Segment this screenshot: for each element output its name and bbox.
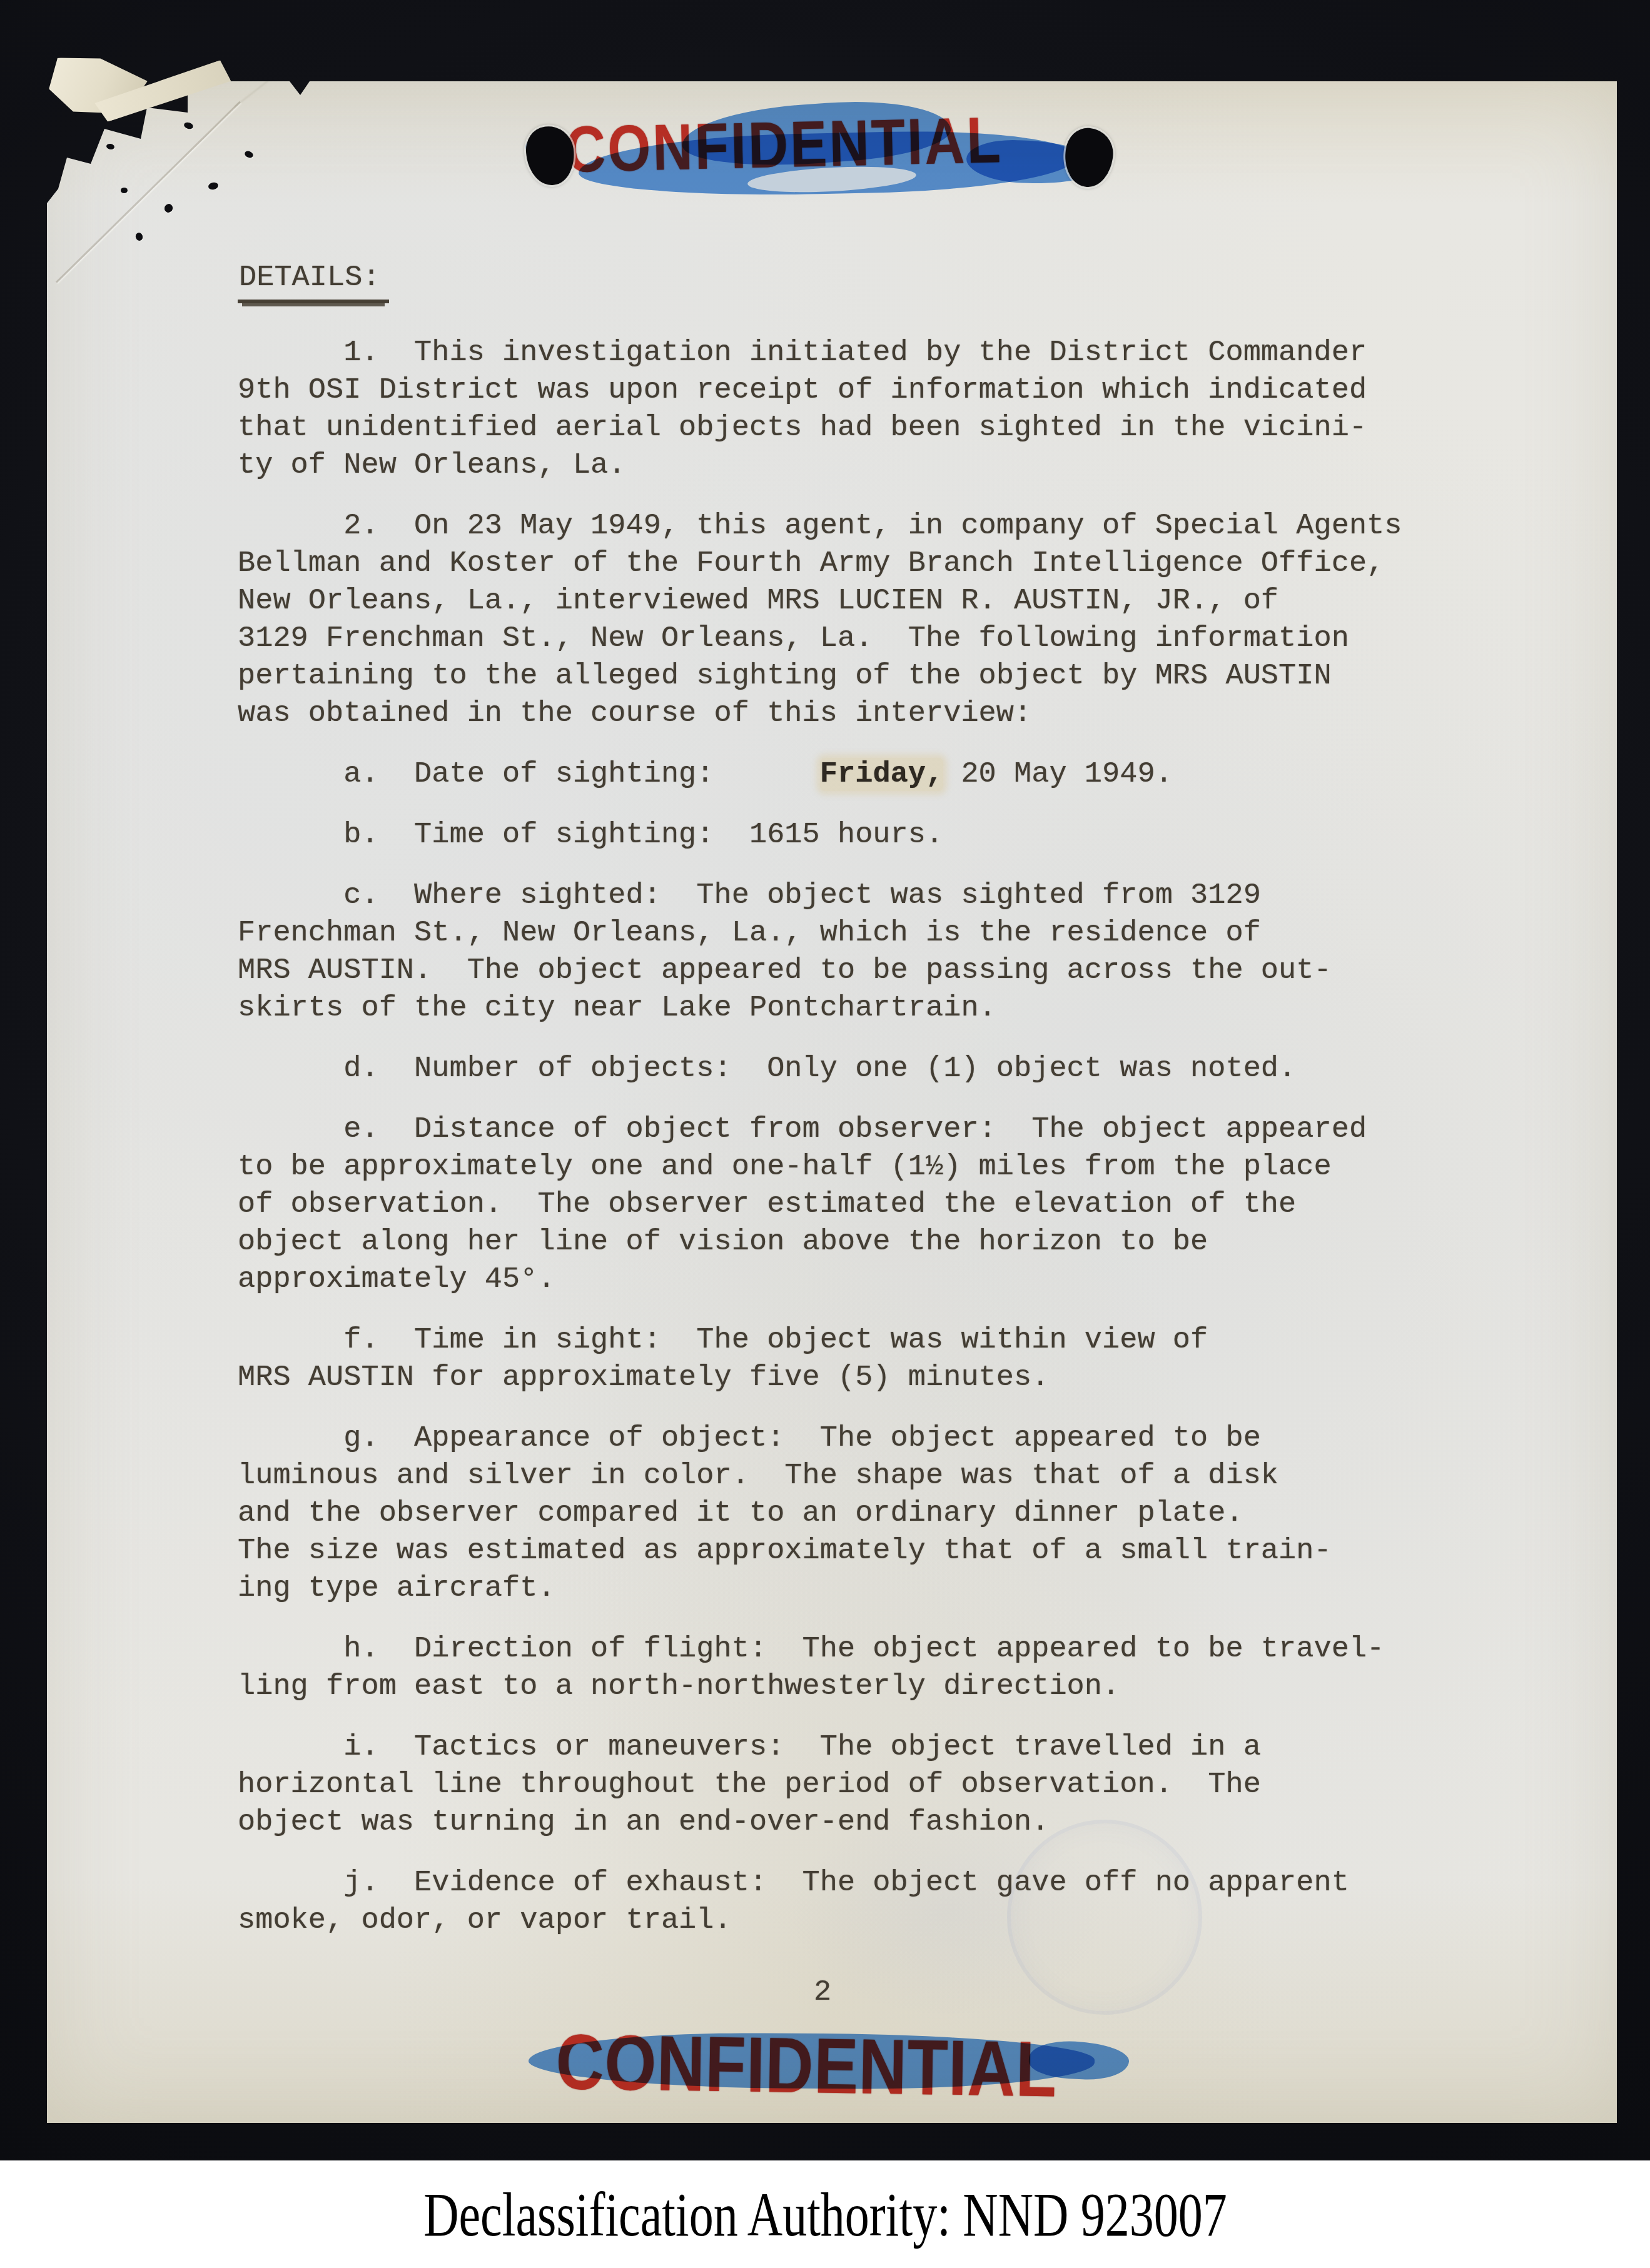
- paper-sheet: CONFIDENTIAL DETAILS: 1. This investigat…: [47, 81, 1617, 2123]
- details-heading: DETAILS:: [238, 260, 389, 303]
- confidential-stamp-top: CONFIDENTIAL: [565, 108, 1003, 183]
- item-g: g. Appearance of object: The object appe…: [238, 1420, 1482, 1608]
- item-a-emphasis: Friday,: [820, 758, 943, 791]
- pinhole: [208, 181, 219, 190]
- corner-crease-line: [56, 101, 241, 283]
- item-d: d. Number of objects: Only one (1) objec…: [238, 1051, 1482, 1088]
- item-i: i. Tactics or maneuvers: The object trav…: [238, 1729, 1482, 1842]
- item-a-suffix: 20 May 1949.: [943, 758, 1173, 791]
- item-e: e. Distance of object from observer: The…: [238, 1111, 1482, 1299]
- paragraph-2: 2. On 23 May 1949, this agent, in compan…: [238, 508, 1482, 733]
- paragraph-1: 1. This investigation initiated by the D…: [238, 335, 1482, 485]
- item-f: f. Time in sight: The object was within …: [238, 1322, 1482, 1397]
- pinhole: [134, 232, 144, 242]
- item-b: b. Time of sighting: 1615 hours.: [238, 817, 1482, 854]
- pinhole: [183, 121, 194, 130]
- pinhole: [106, 143, 114, 150]
- item-j: j. Evidence of exhaust: The object gave …: [238, 1865, 1482, 1940]
- confidential-stamp-bottom: CONFIDENTIAL: [555, 2023, 1058, 2109]
- declassification-text: Declassification Authority: NND 923007: [423, 2179, 1227, 2250]
- item-c: c. Where sighted: The object was sighted…: [238, 877, 1482, 1027]
- corner-crease-line-2: [234, 0, 397, 108]
- declassification-strip: Declassification Authority: NND 923007: [0, 2160, 1650, 2268]
- item-h: h. Direction of flight: The object appea…: [238, 1631, 1482, 1706]
- pinhole: [121, 188, 128, 193]
- pinhole: [163, 203, 174, 214]
- page-number: 2: [238, 1974, 1407, 2012]
- scan-background: CONFIDENTIAL DETAILS: 1. This investigat…: [0, 0, 1650, 2160]
- item-a-prefix: a. Date of sighting:: [238, 758, 820, 791]
- pinhole: [244, 150, 255, 159]
- item-a: a. Date of sighting: Friday, 20 May 1949…: [238, 756, 1482, 794]
- typed-text-column: DETAILS: 1. This investigation initiated…: [238, 260, 1482, 2012]
